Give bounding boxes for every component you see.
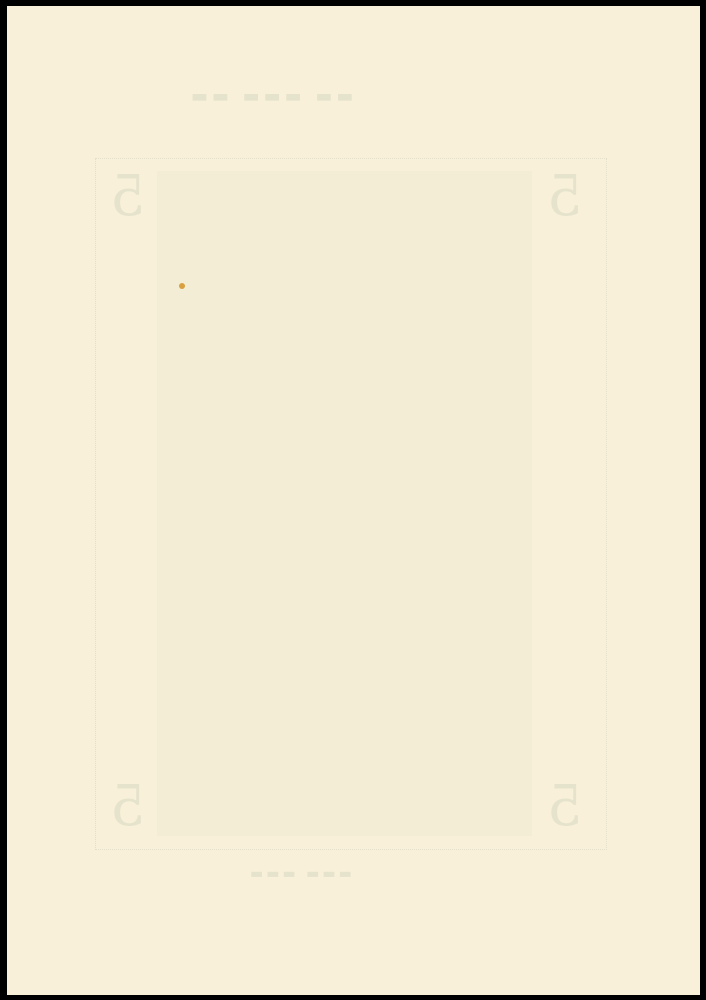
- ghost-numeral-bottom-right: 5: [547, 774, 583, 839]
- ghost-stamp-image: [157, 171, 532, 836]
- ghost-numeral-bottom-left: 5: [110, 774, 146, 839]
- ghost-footer-text: ▬▬▬ ▬▬▬: [247, 866, 352, 882]
- sheet-paper: ▬▬ ▬▬▬ ▬▬ 5 5 5 5 ▬▬▬ ▬▬▬: [7, 6, 700, 995]
- ghost-numeral-top-left: 5: [110, 164, 146, 229]
- paper-speck: [179, 283, 185, 289]
- ghost-numeral-top-right: 5: [547, 164, 583, 229]
- ghost-headline-text: ▬▬ ▬▬▬ ▬▬: [187, 86, 354, 107]
